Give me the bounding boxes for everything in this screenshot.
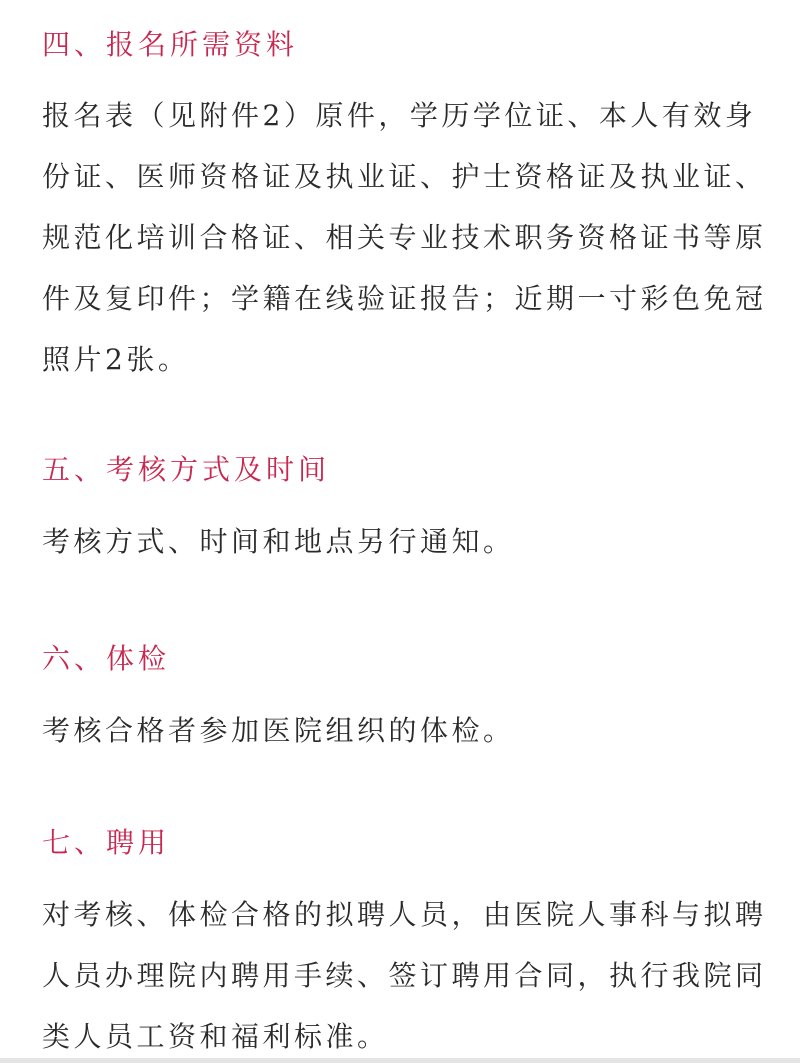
section-application-materials: 四、报名所需资料 报名表（见附件2）原件，学历学位证、本人有效身 份证、医师资格… (42, 28, 772, 390)
body-line: 对考核、体检合格的拟聘人员，由医院人事科与拟聘 (42, 884, 772, 945)
body-line: 报名表（见附件2）原件，学历学位证、本人有效身 (42, 85, 772, 146)
body-line: 照片2张。 (42, 329, 772, 390)
bottom-divider (0, 1058, 800, 1063)
body-line: 考核合格者参加医院组织的体检。 (42, 700, 772, 761)
body-line: 类人员工资和福利标准。 (42, 1006, 772, 1063)
body-line: 份证、医师资格证及执业证、护士资格证及执业证、 (42, 146, 772, 207)
section-body: 考核方式、时间和地点另行通知。 (42, 511, 772, 572)
section-heading: 四、报名所需资料 (42, 28, 772, 62)
section-physical-exam: 六、体检 考核合格者参加医院组织的体检。 (42, 642, 772, 761)
section-heading: 七、聘用 (42, 826, 772, 860)
body-line: 件及复印件；学籍在线验证报告；近期一寸彩色免冠 (42, 268, 772, 329)
body-line: 考核方式、时间和地点另行通知。 (42, 511, 772, 572)
section-employment: 七、聘用 对考核、体检合格的拟聘人员，由医院人事科与拟聘 人员办理院内聘用手续、… (42, 826, 772, 1063)
section-body: 考核合格者参加医院组织的体检。 (42, 700, 772, 761)
document-page: 四、报名所需资料 报名表（见附件2）原件，学历学位证、本人有效身 份证、医师资格… (0, 0, 800, 1058)
section-body: 对考核、体检合格的拟聘人员，由医院人事科与拟聘 人员办理院内聘用手续、签订聘用合… (42, 884, 772, 1063)
body-line: 人员办理院内聘用手续、签订聘用合同，执行我院同 (42, 945, 772, 1006)
section-body: 报名表（见附件2）原件，学历学位证、本人有效身 份证、医师资格证及执业证、护士资… (42, 85, 772, 390)
section-heading: 五、考核方式及时间 (42, 453, 772, 487)
section-heading: 六、体检 (42, 642, 772, 676)
section-assessment-method: 五、考核方式及时间 考核方式、时间和地点另行通知。 (42, 453, 772, 572)
body-line: 规范化培训合格证、相关专业技术职务资格证书等原 (42, 207, 772, 268)
